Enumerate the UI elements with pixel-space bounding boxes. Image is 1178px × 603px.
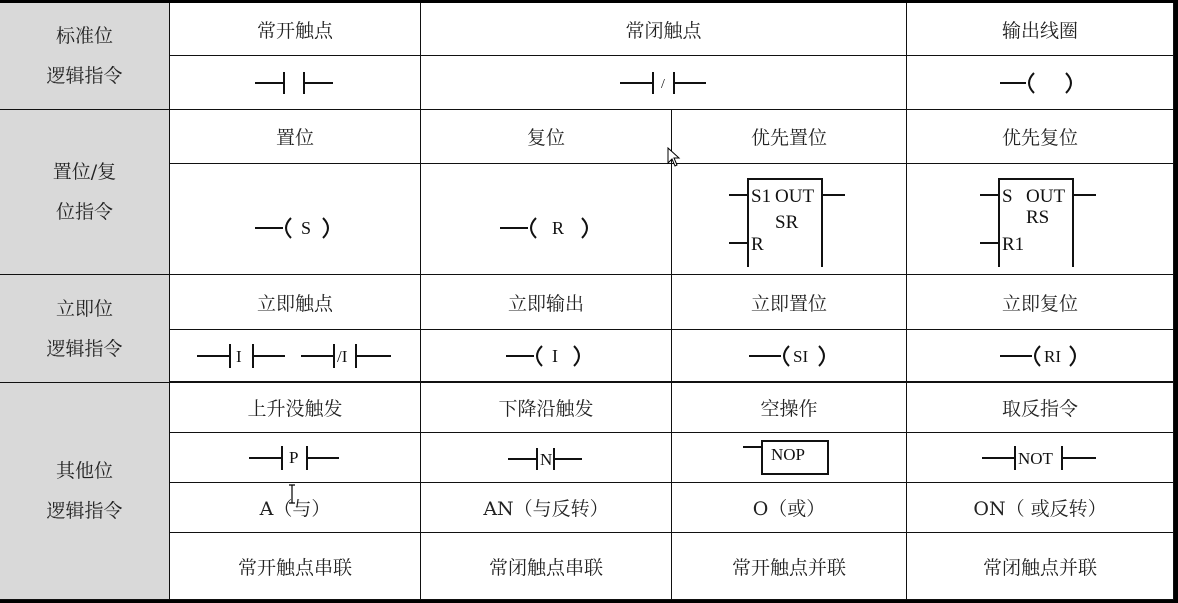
reset-coil-icon: R xyxy=(498,213,594,243)
nop-box-icon: NOP xyxy=(741,438,837,478)
not-contact-icon: NOT xyxy=(980,443,1100,473)
mouse-pointer-icon xyxy=(667,147,681,169)
name-set-dominant: 优先置位 xyxy=(672,110,907,164)
category-standard-bit: 标准位 逻辑指令 xyxy=(0,3,170,110)
symbol-cell-no-contact xyxy=(170,56,421,110)
svg-text:I: I xyxy=(552,346,558,366)
svg-text:R1: R1 xyxy=(1002,234,1024,255)
name-invert: 取反指令 xyxy=(907,383,1174,433)
svg-text:SI: SI xyxy=(793,347,808,366)
name-reset: 复位 xyxy=(421,110,672,164)
desc-nc-parallel: 常闭触点并联 xyxy=(907,533,1174,600)
svg-text:SR: SR xyxy=(775,212,799,233)
text-cursor-icon xyxy=(288,484,296,504)
svg-text:NOP: NOP xyxy=(771,445,805,464)
svg-text:S: S xyxy=(301,218,311,238)
set-coil-icon: S xyxy=(253,213,337,243)
symbol-cell-no-operation: NOP xyxy=(672,433,907,483)
mnemonic-or-not: ON（ 或反转） xyxy=(907,483,1174,533)
svg-text:P: P xyxy=(289,448,298,467)
symbol-cell-set: S xyxy=(170,164,421,275)
symbol-cell-rising-edge: P xyxy=(170,433,421,483)
name-no-operation: 空操作 xyxy=(672,383,907,433)
svg-text:R: R xyxy=(751,234,764,255)
category-other-bit: 其他位 逻辑指令 xyxy=(0,383,170,600)
svg-text:/: / xyxy=(661,77,665,92)
category-line-1: 立即位 xyxy=(56,289,113,329)
desc-nc-series: 常闭触点串联 xyxy=(421,533,672,600)
name-nc-contact: 常闭触点 xyxy=(421,3,907,56)
symbol-cell-nc-contact: / xyxy=(421,56,907,110)
symbol-cell-rs: S OUT RS R1 xyxy=(907,164,1174,275)
normally-open-contact-icon xyxy=(253,68,337,98)
immediate-reset-coil-icon: RI xyxy=(998,341,1082,371)
symbol-cell-immediate-output: I xyxy=(421,330,672,383)
category-line-1: 其他位 xyxy=(56,451,113,491)
desc-no-series: 常开触点串联 xyxy=(170,533,421,600)
symbol-cell-falling-edge: N xyxy=(421,433,672,483)
name-set: 置位 xyxy=(170,110,421,164)
immediate-output-coil-icon: I xyxy=(504,341,588,371)
plc-instruction-table: 标准位 逻辑指令 常开触点 常闭触点 输出线圈 / 置位/复 位指令 xyxy=(0,3,1174,600)
svg-text:OUT: OUT xyxy=(775,186,814,207)
immediate-contacts-icon: I /I xyxy=(195,341,395,371)
svg-text:S: S xyxy=(1002,186,1013,207)
sr-flipflop-block-icon: S1 OUT SR R xyxy=(729,171,849,267)
desc-no-parallel: 常开触点并联 xyxy=(672,533,907,600)
name-no-contact: 常开触点 xyxy=(170,3,421,56)
normally-closed-contact-icon: / xyxy=(618,68,710,98)
svg-text:R: R xyxy=(552,218,564,238)
svg-text:OUT: OUT xyxy=(1026,186,1065,207)
symbol-cell-immediate-reset: RI xyxy=(907,330,1174,383)
symbol-cell-immediate-set: SI xyxy=(672,330,907,383)
svg-text:RS: RS xyxy=(1026,207,1049,228)
output-coil-icon xyxy=(998,68,1082,98)
category-line-2: 逻辑指令 xyxy=(46,56,122,96)
name-immediate-reset: 立即复位 xyxy=(907,275,1174,330)
immediate-set-coil-icon: SI xyxy=(747,341,831,371)
svg-text:/I: /I xyxy=(337,347,348,366)
name-immediate-set: 立即置位 xyxy=(672,275,907,330)
category-line-2: 逻辑指令 xyxy=(46,329,122,369)
category-line-2: 逻辑指令 xyxy=(46,491,122,531)
name-output-coil: 输出线圈 xyxy=(907,3,1174,56)
rising-edge-contact-icon: P xyxy=(247,443,343,473)
svg-text:RI: RI xyxy=(1044,347,1061,366)
symbol-cell-invert: NOT xyxy=(907,433,1174,483)
name-immediate-output: 立即输出 xyxy=(421,275,672,330)
name-falling-edge: 下降沿触发 xyxy=(421,383,672,433)
symbol-cell-reset: R xyxy=(421,164,672,275)
name-rising-edge: 上升没触发 xyxy=(170,383,421,433)
svg-text:I: I xyxy=(236,347,242,366)
mnemonic-and-not: AN（与反转） xyxy=(421,483,672,533)
symbol-cell-sr: S1 OUT SR R xyxy=(672,164,907,275)
rs-flipflop-block-icon: S OUT RS R1 xyxy=(980,171,1100,267)
svg-text:S1: S1 xyxy=(751,186,771,207)
name-immediate-contact: 立即触点 xyxy=(170,275,421,330)
category-immediate-bit: 立即位 逻辑指令 xyxy=(0,275,170,383)
svg-text:N: N xyxy=(540,450,552,469)
symbol-cell-immediate-contact: I /I xyxy=(170,330,421,383)
category-line-2: 位指令 xyxy=(56,192,113,232)
svg-text:NOT: NOT xyxy=(1018,449,1054,468)
mnemonic-or: O（或） xyxy=(672,483,907,533)
category-set-reset: 置位/复 位指令 xyxy=(0,110,170,275)
category-line-1: 标准位 xyxy=(56,16,113,56)
falling-edge-contact-icon: N xyxy=(506,443,586,473)
symbol-cell-output-coil xyxy=(907,56,1174,110)
category-line-1: 置位/复 xyxy=(53,152,116,192)
name-reset-dominant: 优先复位 xyxy=(907,110,1174,164)
